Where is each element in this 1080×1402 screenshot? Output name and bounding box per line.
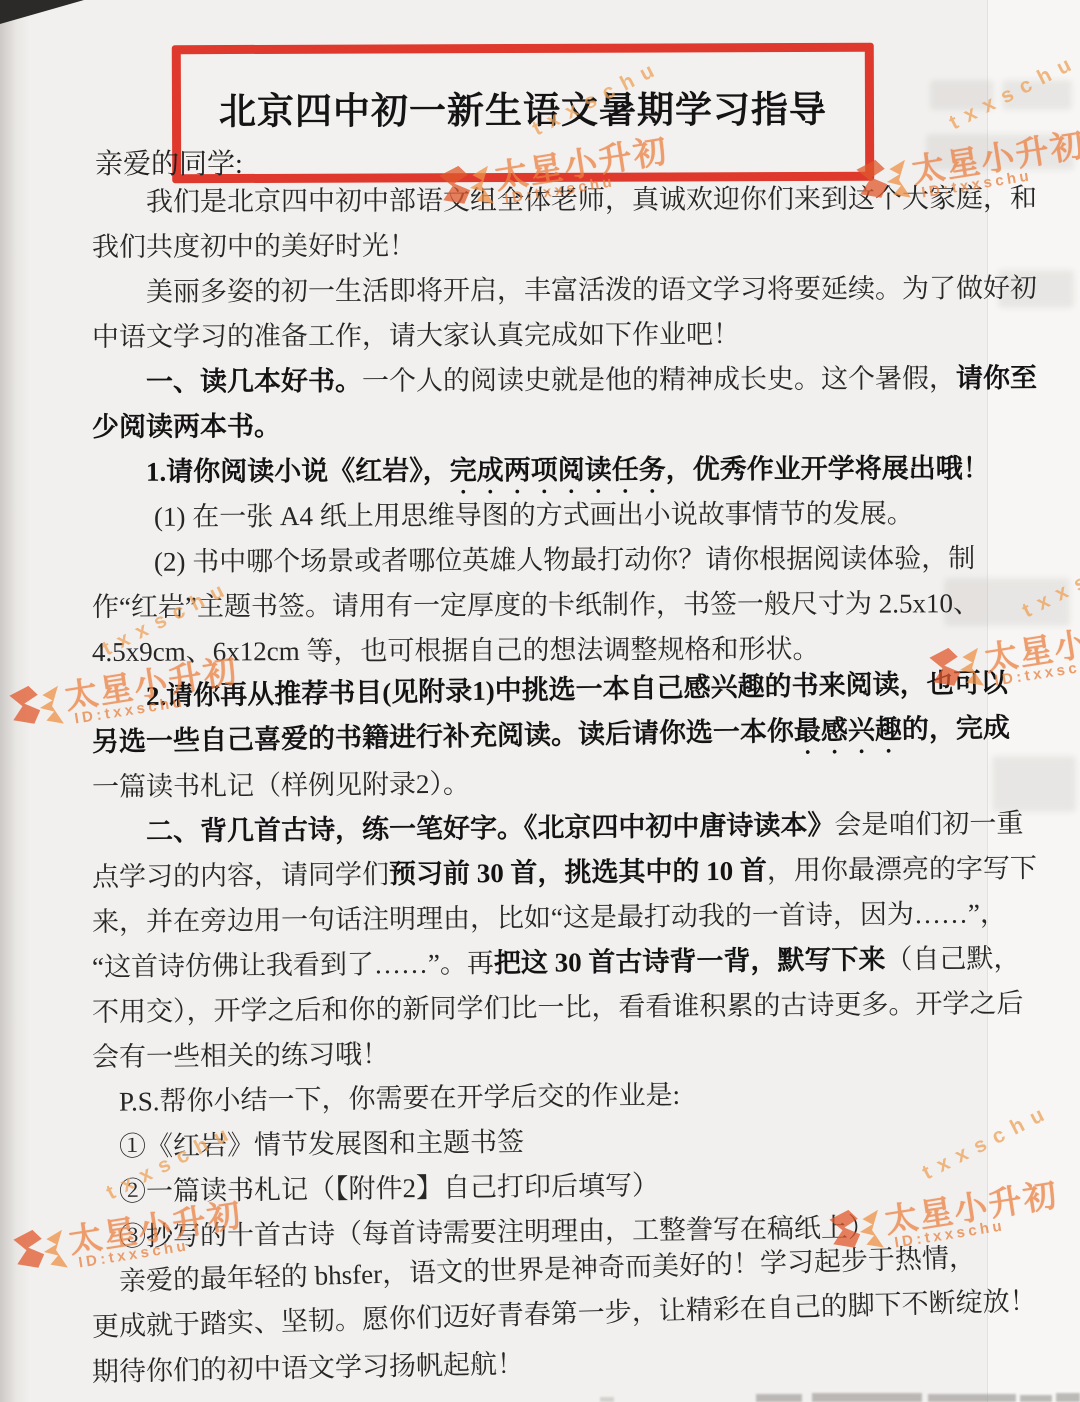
text-segment: 2.请你再从推荐书目(见附录1)中挑选一本自己感兴趣的书来阅读，也可以 bbox=[146, 668, 1008, 712]
cut-text-artifact bbox=[756, 1394, 802, 1402]
text-segment: 少阅读两本书。 bbox=[92, 411, 281, 442]
text-line: 我们共度初中的美好时光！ bbox=[92, 221, 992, 270]
text-segment: 中语文学习的准备工作，请大家认真完成如下作业吧！ bbox=[92, 319, 740, 352]
text-segment: 美丽多姿的初一生活即将开启，丰富活泼的语文学习将要延续。为了做好初 bbox=[146, 273, 1037, 307]
text-line: 一、读几本好书。一个人的阅读史就是他的精神成长史。这个暑假，请你至 bbox=[92, 356, 992, 405]
text-segment: (1) 在一张 A4 纸上用思维导图的方式画出小说故事情节的发展。 bbox=[154, 498, 914, 531]
text-line: 中语文学习的准备工作，请大家认真完成如下作业吧！ bbox=[92, 311, 992, 360]
text-segment: 期待你们的初中语文学习扬帆起航！ bbox=[92, 1349, 524, 1387]
text-line: (1) 在一张 A4 纸上用思维导图的方式画出小说故事情节的发展。 bbox=[92, 491, 992, 540]
text-segment: 我们是北京四中初中部语文组全体老师，真诚欢迎你们来到这个大家庭，和 bbox=[146, 183, 1037, 217]
text-segment: ①《红岩》情节发展图和主题书签 bbox=[119, 1127, 524, 1162]
text-segment: 会有一些相关的练习哦！ bbox=[92, 1039, 389, 1072]
document-title: 北京四中初一新生语文暑期学习指导 bbox=[181, 52, 865, 174]
body-lines: 我们是北京四中初中部语文组全体老师，真诚欢迎你们来到这个大家庭，和我们共度初中的… bbox=[92, 180, 992, 1395]
text-line: (2) 书中哪个场景或者哪位英雄人物最打动你？请你根据阅读体验，制 bbox=[92, 536, 992, 585]
cut-text-artifact bbox=[1020, 1395, 1052, 1402]
text-line: 我们是北京四中初中部语文组全体老师，真诚欢迎你们来到这个大家庭，和 bbox=[92, 176, 992, 225]
text-segment: 把这 30 首古诗背一背，默写下来 bbox=[494, 944, 886, 978]
scanned-document-page: { "colors": {"box_red": "#df382c", "wate… bbox=[0, 0, 1080, 1402]
text-segment: 完成两项阅读任务 bbox=[450, 454, 666, 485]
text-segment: 来，并在旁边用一句话注明理由，比如“这是最打动我的一首诗，因为……”， bbox=[92, 898, 1007, 937]
text-segment: 请你至 bbox=[956, 363, 1037, 393]
text-segment: ，用你最漂亮的字写下 bbox=[767, 853, 1037, 886]
greeting-line: 亲爱的同学: bbox=[95, 142, 243, 182]
text-segment: ，优秀作业开学将展出哦！ bbox=[666, 453, 990, 484]
text-line: 少阅读两本书。 bbox=[92, 401, 992, 450]
text-segment: “这首诗仿佛让我看到了……”。再 bbox=[92, 948, 494, 982]
text-segment: 的，完成 bbox=[902, 713, 1010, 745]
cut-text-artifact bbox=[928, 1394, 1016, 1402]
text-segment: ②一篇读书札记（【附件2】自己打印后填写） bbox=[119, 1170, 659, 1207]
text-segment: (2) 书中哪个场景或者哪位英雄人物最打动你？请你根据阅读体验，制 bbox=[154, 543, 975, 577]
text-segment: 点学习的内容，请同学们 bbox=[92, 859, 389, 892]
text-segment: 一、读几本好书。 bbox=[146, 366, 362, 397]
bleed-through-mark bbox=[926, 134, 1074, 170]
text-line: 美丽多姿的初一生活即将开启，丰富活泼的语文学习将要延续。为了做好初 bbox=[92, 266, 992, 315]
cut-text-artifact bbox=[812, 1393, 922, 1402]
text-segment: 预习前 30 首，挑选其中的 10 首 bbox=[389, 856, 767, 890]
text-segment: 1.请你阅读小说《红岩》， bbox=[146, 455, 450, 486]
text-segment: 另选一些自己喜爱的书籍进行补充阅读。读后请你选一本你 bbox=[92, 716, 794, 757]
cut-text-artifact bbox=[1056, 1393, 1080, 1402]
text-line: 作“红岩”主题书签。请用有一定厚度的卡纸制作，书签一般尺寸为 2.5x10、 bbox=[92, 581, 992, 630]
title-highlight-box: 北京四中初一新生语文暑期学习指导 bbox=[172, 43, 874, 183]
bleed-through-mark bbox=[930, 80, 994, 110]
text-segment: 一篇读书札记（样例见附录2）。 bbox=[92, 769, 470, 802]
text-segment: 会是咱们初一重 bbox=[834, 808, 1023, 840]
page-left-edge bbox=[0, 0, 30, 1402]
text-segment: （自己默， bbox=[885, 943, 1020, 974]
page-corner-shadow bbox=[0, 0, 84, 24]
text-segment: 最感兴趣 bbox=[794, 714, 902, 746]
text-segment: 不用交），开学之后和你的新同学们比一比，看看谁积累的古诗更多。开学之后 bbox=[92, 988, 1024, 1027]
text-segment: 作“红岩”主题书签。请用有一定厚度的卡纸制作，书签一般尺寸为 2.5x10、 bbox=[92, 588, 980, 622]
text-segment: 二、背几首古诗，练一笔好字。《北京四中初中唐诗读本》 bbox=[146, 810, 835, 847]
bleed-through-mark bbox=[1002, 80, 1072, 110]
text-segment: P.S.帮你小结一下，你需要在开学后交的作业是: bbox=[119, 1080, 680, 1117]
cut-text-artifact bbox=[600, 1397, 614, 1402]
text-segment: 我们共度初中的美好时光！ bbox=[92, 231, 416, 262]
text-segment: 4.5x9cm、6x12cm 等，也可根据自己的想法调整规格和形状。 bbox=[92, 634, 820, 667]
text-segment: 一个人的阅读史就是他的精神成长史。这个暑假， bbox=[362, 363, 956, 396]
text-line: 1.请你阅读小说《红岩》，完成两项阅读任务，优秀作业开学将展出哦！ bbox=[92, 446, 992, 495]
